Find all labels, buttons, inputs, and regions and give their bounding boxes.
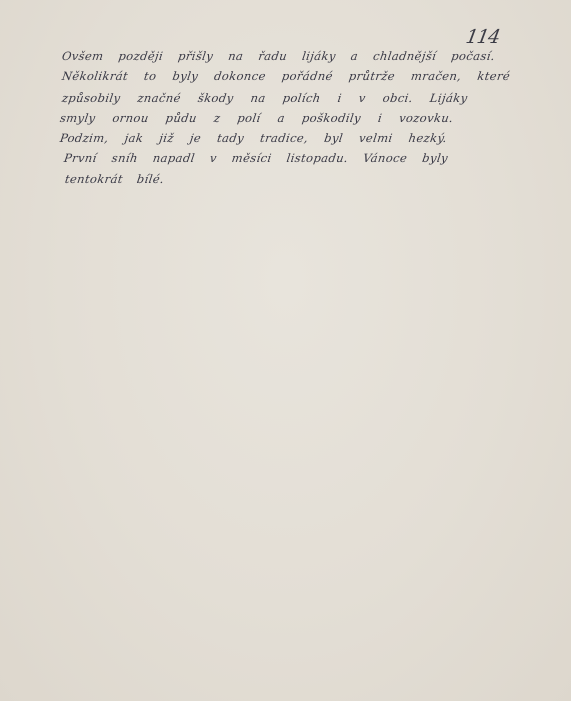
text-line: Několikrát to byly dokonce pořádné průtr… — [61, 66, 504, 86]
text-line: způsobily značné škody na polích i v obc… — [61, 88, 504, 108]
text-line: smyly ornou půdu z polí a poškodily i vo… — [59, 108, 502, 128]
text-line: Ovšem později přišly na řadu lijáky a ch… — [61, 46, 504, 66]
handwritten-text-block: Ovšem později přišly na řadu lijáky a ch… — [62, 46, 502, 186]
text-line: tentokrát bílé. — [64, 169, 507, 189]
text-line: Podzim, jak již je tady tradice, byl vel… — [59, 128, 502, 148]
page-number: 114 — [464, 26, 501, 48]
scanned-page: 114 Ovšem později přišly na řadu lijáky … — [0, 0, 571, 701]
text-line: První sníh napadl v měsíci listopadu. Vá… — [63, 148, 506, 168]
